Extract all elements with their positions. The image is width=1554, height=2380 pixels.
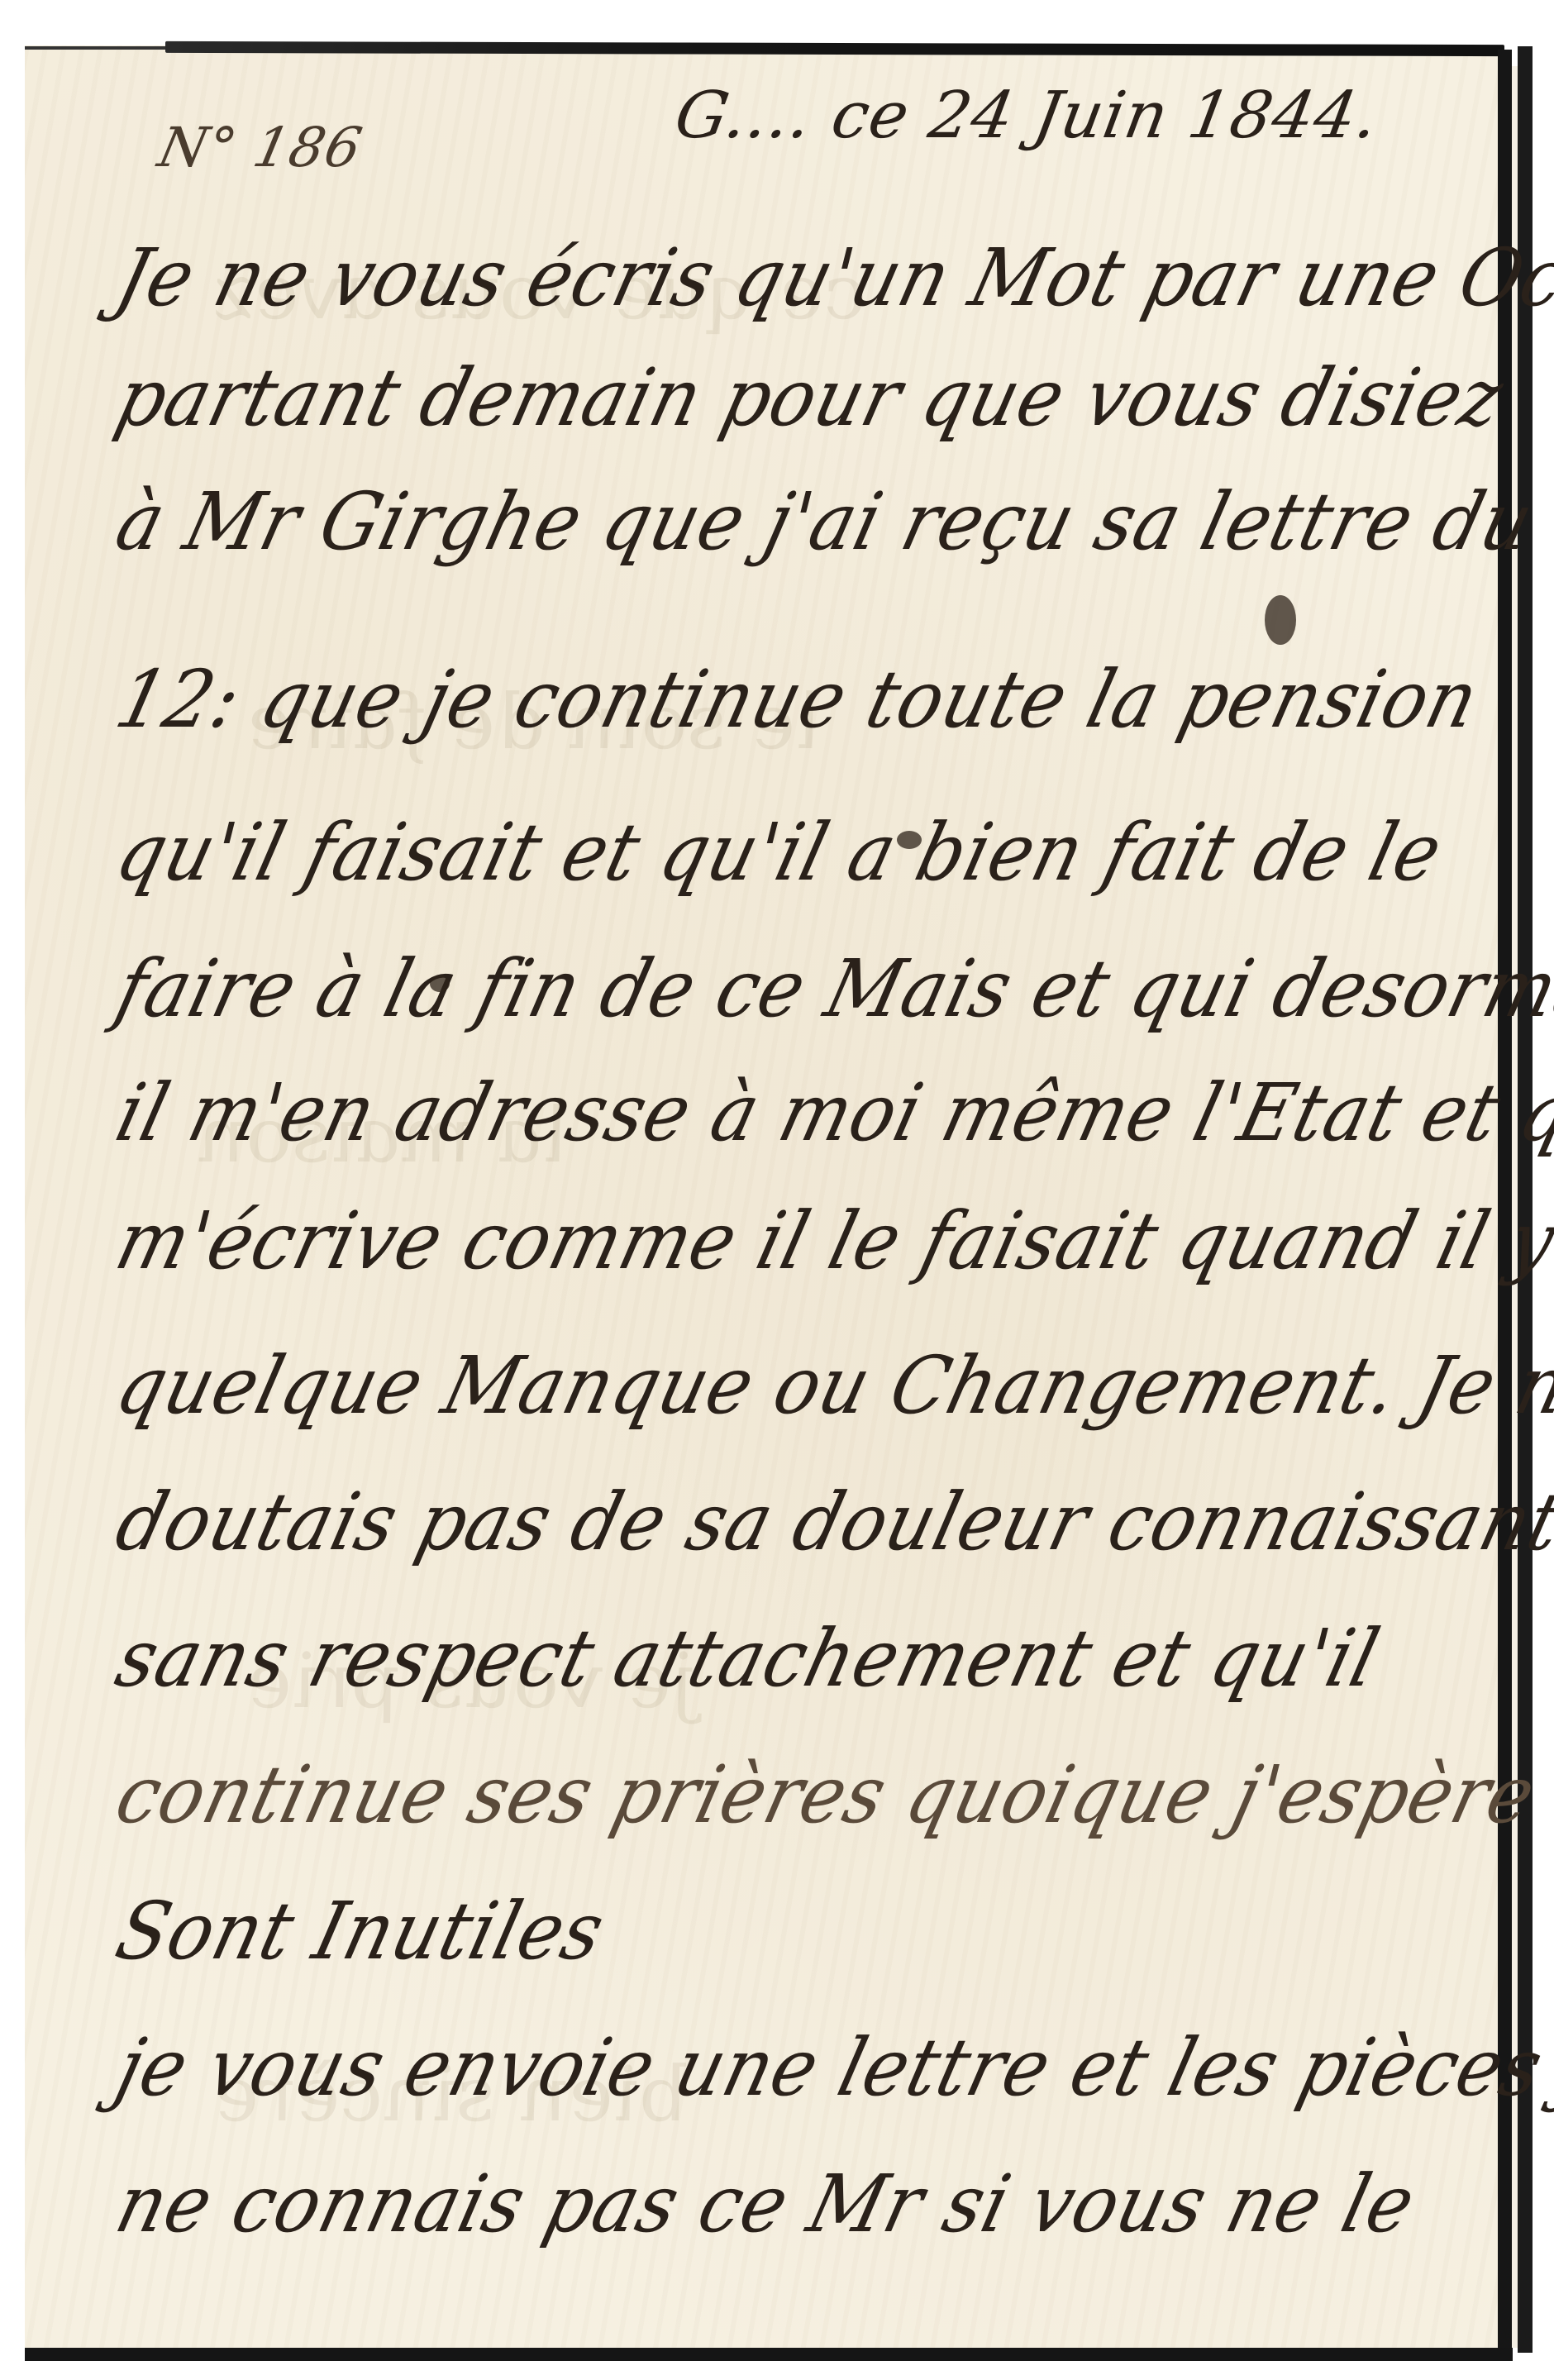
text-line-12: continue ses prières quoique j'espère qu… <box>107 1748 1554 1841</box>
text-line-10: doutais pas de sa douleur connaissant <box>107 1476 1554 1568</box>
text-line-9: quelque Manque ou Changement. Je ne <box>107 1339 1554 1432</box>
text-line-8: m'écrive comme il le faisait quand il y … <box>107 1195 1554 1287</box>
text-line-11: sans respect attachement et qu'il <box>107 1612 1389 1705</box>
ink-blot <box>1265 595 1296 645</box>
letter-place-date: G.... ce 24 Juin 1844. <box>670 79 1385 153</box>
text-line-6: faire à la fin de ce Mais et qui desorma… <box>107 942 1554 1035</box>
text-line-1: Je ne vous écris qu'un Mot par une Occas… <box>107 231 1554 324</box>
text-line-2: partant demain pour que vous disiez <box>107 351 1513 444</box>
text-line-3: à Mr Girghe que j'ai reçu sa lettre du <box>107 475 1542 568</box>
ink-blot <box>897 831 922 849</box>
text-line-7: il m'en adresse à moi même l'Etat et qu'… <box>107 1066 1554 1159</box>
letter-number: N° 186 <box>153 116 368 179</box>
text-line-15: ne connais pas ce Mr si vous ne le <box>107 2158 1424 2250</box>
text-line-5: qu'il faisait et qu'il a bien fait de le <box>107 806 1452 899</box>
mourning-border-bottom <box>25 2348 1513 2361</box>
text-line-14: je vous envoie une lettre et les pièces … <box>107 2021 1554 2114</box>
ink-blot <box>430 975 450 992</box>
text-line-13: Sont Inutiles <box>107 1885 613 1977</box>
text-line-4: 12: que je continue toute la pension <box>107 653 1488 746</box>
